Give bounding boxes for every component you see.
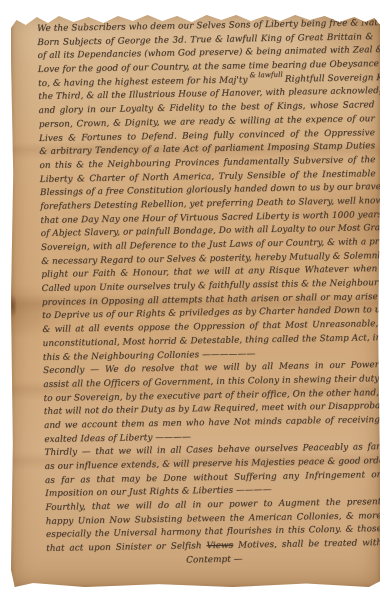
line-text: to, & having the highest esteem for his … [38, 75, 248, 89]
interlinear-insertion: & lawfull [249, 68, 283, 82]
paper-sheet: We the Subscribers who deem our Selves S… [11, 13, 380, 587]
line-text: Motives, shall be treated with [233, 538, 380, 551]
struck-word: Views [206, 541, 233, 551]
line-text: that act upon Sinister or Selfish [46, 541, 206, 554]
document-scan: We the Subscribers who deem our Selves S… [0, 0, 387, 600]
line-text: Rightfull Sovereign King George [285, 72, 380, 85]
paper-fold-notch [11, 294, 17, 318]
manuscript-text: We the Subscribers who deem our Selves S… [37, 17, 380, 570]
